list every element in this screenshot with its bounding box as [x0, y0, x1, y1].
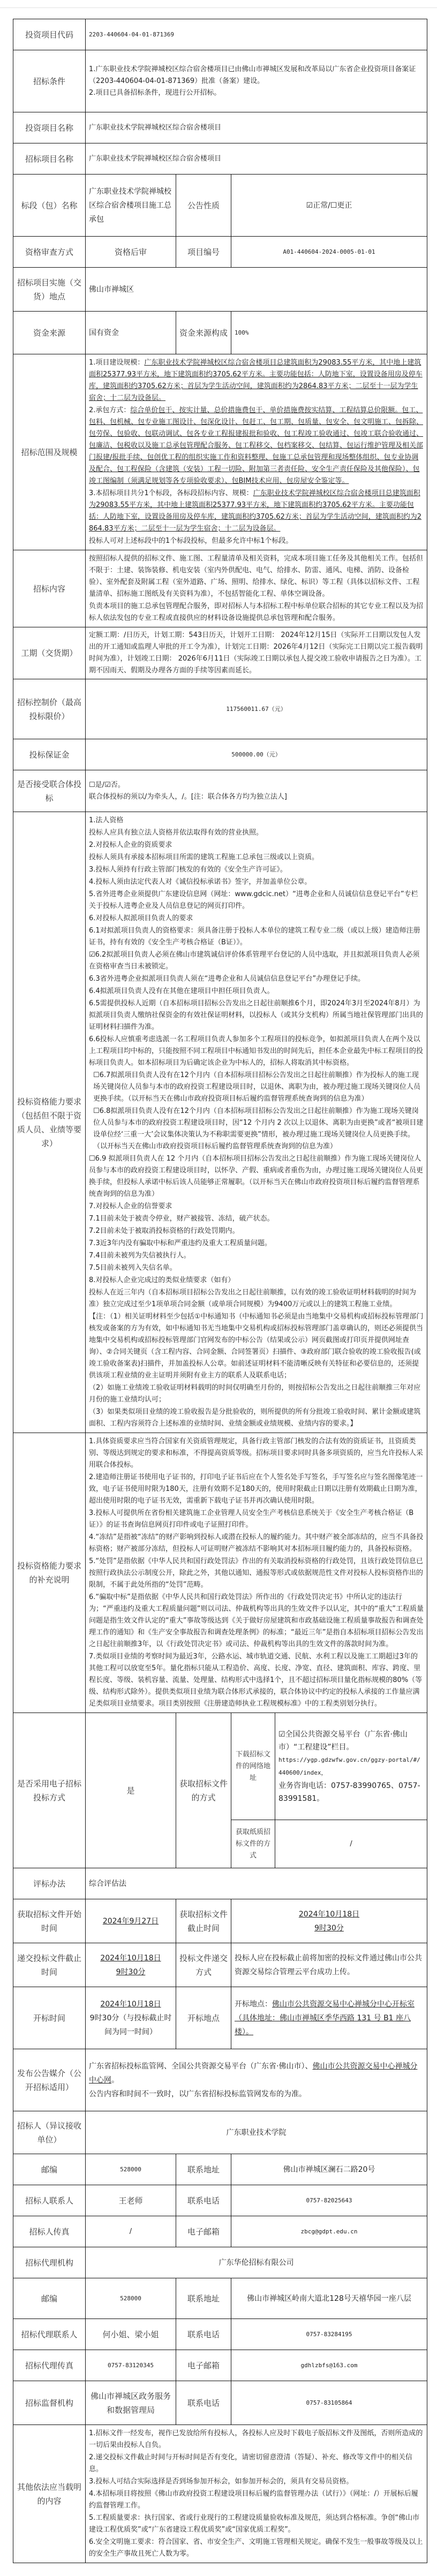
- label-funding-composition: 资金来源构成: [176, 312, 231, 354]
- value-supervisor-phone: 0757-83105864: [231, 2381, 427, 2425]
- row-media: 发布公告媒介（公开招标适用） 广东省招标投标监管网、全国公共资源交易平台（广东省…: [13, 2049, 427, 2111]
- supplement-line: 1.具体资质要求应当符合国家有关资质管理规定，具备行政主管部门核发的合法有效的资…: [89, 1436, 424, 1471]
- label-agency-fax: 招标代理传真: [13, 2350, 86, 2381]
- row-other: 其他依法应当载明的内容 1.招标文件一经发布，视作已发放给所有投标人，各投标人应…: [13, 2425, 427, 2563]
- value-agency-fax: 0757-83120345: [86, 2350, 176, 2381]
- label-submit-method: 投标文件递交方式: [176, 1943, 231, 1987]
- label-tenderer-contact: 招标人联系人: [13, 2185, 86, 2216]
- supplement-line: 7.类似项目业绩的考察时间为最近3年，公路水运、城市轨道交通、民航、水利工程以及…: [89, 1651, 424, 1710]
- row-investment-name: 投资项目名称 广东职业技术学院禅城校区综合宿舍楼项目: [13, 112, 427, 143]
- requirement-line: 【注：（1）相关证明材料至少包括①中标通知书（中标通知书必须是由当地集中交易机构…: [89, 1311, 424, 1382]
- row-supervisor: 招标监督机构 佛山市禅城区政务服务和数据管理局 联系电话 0757-831058…: [13, 2381, 427, 2425]
- value-investment-name: 广东职业技术学院禅城校区综合宿舍楼项目: [86, 112, 427, 143]
- value-agency-contact: 何小姐、梁小姐: [86, 2319, 176, 2350]
- requirement-line: 7.3近3年内没有骗取中标和严重违约及重大工程质量问题。: [89, 1238, 424, 1249]
- consortium-yes-text: 是: [95, 781, 102, 789]
- supplement-line: 4.“冻结”是指被“冻结”的财产影响到投标人或潜在投标人的履约能力。其中财产被全…: [89, 1532, 424, 1555]
- label-media: 发布公告媒介（公开招标适用）: [13, 2049, 86, 2111]
- label-agency-contact: 招标代理联系人: [13, 2319, 86, 2350]
- row-evaluation: 评标办法 综合评估法: [13, 1868, 427, 1899]
- row-section: 标段（包）名称 广东职业技术学院禅城校区综合宿舍楼项目施工总承包 公告性质 ☑正…: [13, 175, 427, 237]
- row-conditions: 招标条件 1.广东职业技术学院禅城校区综合宿舍楼项目已由佛山市禅城区发展和改革局…: [13, 50, 427, 112]
- value-submit-deadline: 2024年10月18日 9时30分: [86, 1943, 176, 1987]
- obtain-end-time: 9时30分: [235, 1921, 424, 1935]
- label-investment-name: 投资项目名称: [13, 112, 86, 143]
- row-agency-fax: 招标代理传真 0757-83120345 电子邮箱 gdhlzbfs@163.c…: [13, 2350, 427, 2381]
- label-scope: 招标范围及规模: [13, 354, 86, 550]
- row-requirements: 投标资格能力要求（包括但不限于资质人员、业绩等要求） 1.法人资格投标人应具有独…: [13, 812, 427, 1433]
- obtain-end-date: 2024年10月18日: [235, 1907, 424, 1921]
- label-opening-place: 开标地点: [176, 1987, 231, 2049]
- value-supplement: 1.具体资质要求应当符合国家有关资质管理规定，具备行政主管部门核发的合法有效的资…: [86, 1433, 427, 1713]
- label-bid-bond: 投标保证金: [13, 739, 86, 770]
- row-agency-contact: 招标代理联系人 何小姐、梁小姐 联系电话 0757-83284195: [13, 2319, 427, 2350]
- requirement-line: 6.3省外进粤企业拟派项目负责人须在“进粤企业和人员诚信信息登记平台”办理登记手…: [89, 973, 424, 985]
- value-media: 广东省招标投标监管网、全国公共资源交易平台（广东省·佛山市）、佛山市公共资源交易…: [86, 2049, 427, 2111]
- scope-item-prefix: 3.本招标项目共分1个标段，各标段招标内容、规模：: [89, 489, 253, 497]
- row-opening: 开标时间 2024年10月18日 9时30分（与投标截止时间为同一时间） 开标地…: [13, 1987, 427, 2049]
- requirement-line: 6.对投标人拟派项目负责人的要求: [89, 913, 424, 925]
- value-opening-place: 开标地点：佛山市公共资源交易中心禅城分中心开标室（具体地址：佛山市禅城区季华西路…: [231, 1987, 427, 2049]
- label-electronic: 是否采用电子招标投标方式: [13, 1713, 86, 1868]
- consortium-no-text: 否。: [111, 781, 125, 789]
- label-obtain-end: 获取招标文件截止时间: [176, 1899, 231, 1943]
- row-content: 招标内容 按照招标人提供的招标文件、施工图、工程量清单及相关资料，完成本项目施工…: [13, 550, 427, 627]
- consortium-choice: ☐是/☑否。: [89, 779, 424, 791]
- value-paper-method: /: [275, 1820, 427, 1868]
- value-tenderer-address: 佛山市禅城区澜石二路20号: [231, 2154, 427, 2185]
- submit-time: 9时30分: [89, 1965, 172, 1979]
- label-project-code: 投资项目代码: [13, 19, 86, 50]
- value-tenderer-phone: 0757-82025643: [231, 2185, 427, 2216]
- value-location: 佛山市禅城区: [86, 268, 427, 312]
- requirement-line: （3）如果类似项目业绩的竣工验收报告是分批验收的，则所提供的所有分批竣工验收时间…: [89, 1406, 424, 1430]
- value-tenderer-contact: 王老师: [86, 2185, 176, 2216]
- row-project-code: 投资项目代码 2203-440604-04-01-871369: [13, 19, 427, 50]
- row-obtain-time: 获取招标文件开始时间 2024年9月27日 获取招标文件截止时间 2024年10…: [13, 1899, 427, 1943]
- label-tenderer-fax: 招标人传真: [13, 2216, 86, 2247]
- label-agency-email: 电子邮箱: [176, 2350, 231, 2381]
- label-agency-zip: 邮编: [13, 2278, 86, 2319]
- requirement-line: 投标人须具有承接本招标项目所需的建筑工程施工总承包三级或以上资质。: [89, 852, 424, 863]
- other-line: 3.投标人可结合实际选择是否到场参加开标会，如参加开标会的，须具有交易员资格。: [89, 2476, 424, 2488]
- value-obtain-end: 2024年10月18日 9时30分: [231, 1899, 427, 1943]
- value-other: 1.招标文件一经发布，视作已发放给所有投标人，各投标人应及时下载电子版招标文件及…: [86, 2425, 427, 2563]
- label-project-number: 项目编号: [176, 237, 231, 268]
- row-tenderer-contact: 招标人联系人 王老师 联系电话 0757-82025643: [13, 2185, 427, 2216]
- value-duration: 定额工期：/日历天，计划工期：543日历天，计划开工日期： 2024年12月15…: [86, 627, 427, 679]
- label-submit-deadline: 递交投标文件截止时间: [13, 1943, 86, 1987]
- requirement-line: 7.1目前未处于被责令停业，财产被接管、冻结，破产状态。: [89, 1213, 424, 1225]
- scope-item: 3.本招标项目共分1个标段，各标段招标内容、规模：广东职业技术学院禅城校区综合宿…: [89, 488, 424, 535]
- value-submit-method: 投标人应在投标截止前将加密的投标文件通过佛山市公共资源交易综合管理云平台成功上传…: [231, 1943, 427, 1987]
- value-tenderer: 广东职业技术学院: [86, 2111, 427, 2154]
- scope-item-prefix: 2.承包方式：: [89, 406, 130, 414]
- scope-footer: 投标人可对上述标段中的1个标段投标，但最多允许中标1个标段。: [89, 535, 424, 547]
- value-consortium: ☐是/☑否。 联合体投标的须以/为牵头人，/。[注：联合体各方均为独立法人]: [86, 770, 427, 812]
- label-opening-time: 开标时间: [13, 1987, 86, 2049]
- row-consortium: 是否接受联合体投标 ☐是/☑否。 联合体投标的须以/为牵头人，/。[注：联合体各…: [13, 770, 427, 812]
- label-agency: 招标代理机构: [13, 2247, 86, 2278]
- other-line: 1.招标文件一经发布，视作已发放给所有投标人，各投标人应及时下载电子版招标文件及…: [89, 2428, 424, 2451]
- value-funding-composition: 100%: [231, 312, 427, 354]
- checkbox-correction: ☐: [330, 201, 337, 210]
- label-qualification: 资格审查方式: [13, 237, 86, 268]
- label-obtain-method: 获取招标文件的方式: [176, 1713, 231, 1868]
- value-control-price: 117560011.67（元）: [86, 679, 427, 739]
- row-agency: 招标代理机构 广东华伦招标有限公司: [13, 2247, 427, 2278]
- requirement-line: （2）如施工业绩竣工验收证明材料载明的时间仅明确至月份的，则按招标公告发出之日起…: [89, 1382, 424, 1406]
- row-electronic: 是否采用电子招标投标方式 是 获取招标文件的方式 下载招标文件的网络地址 ☑全国…: [13, 1713, 427, 1820]
- value-agency: 广东华伦招标有限公司: [86, 2247, 427, 2278]
- requirement-line: 8.对投标人企业完成过的类似业绩要求（如有）: [89, 1275, 424, 1286]
- checkbox-no: ☑: [104, 781, 111, 789]
- requirement-line: 7.2目前未处于被取消投标资格的行政处罚期内。: [89, 1225, 424, 1237]
- label-conditions: 招标条件: [13, 50, 86, 112]
- label-tenderer-address: 联系地址: [176, 2154, 231, 2185]
- opening-place-prefix: 开标地点：: [235, 2000, 272, 2009]
- value-project-code: 2203-440604-04-01-871369: [86, 19, 427, 50]
- value-evaluation: 综合评估法: [86, 1868, 427, 1899]
- row-scope: 招标范围及规模 1.项目建设规模：广东职业技术学院禅城校区综合宿舍楼项目总建筑面…: [13, 354, 427, 550]
- other-line: 2.递交投标文件截止时间与开标时间是否有变化，请密切留意澄清（答疑）、补充、修改…: [89, 2452, 424, 2475]
- nature-normal-text: 正常: [313, 201, 328, 210]
- scope-item-text: 综合单价包干、按实计量、总价措施费包干、单价措施费按实结算、工程结算总价限额。包…: [89, 406, 423, 485]
- value-bid-bond: 500000.00（元）: [86, 739, 427, 770]
- row-funding: 资金来源 国有资金 资金来源构成 100%: [13, 312, 427, 354]
- value-obtain-start: 2024年9月27日: [86, 1899, 176, 1943]
- supplement-line: 6.“骗取中标”是指依据《中华人民共和国行政处罚法》所作出的《行政处罚决定书》中…: [89, 1592, 424, 1650]
- requirement-line: 7.5目前未被列入失信名单。: [89, 1262, 424, 1274]
- row-location: 招标项目实施（交货）地点 佛山市禅城区: [13, 268, 427, 312]
- label-content: 招标内容: [13, 550, 86, 627]
- other-line: 6.安全文明施工要求：符合国家、省、市安全生产、文明施工管理相关规定。确保不发生…: [89, 2536, 424, 2560]
- condition-line: 1.广东职业技术学院禅城校区综合宿舍楼项目已由佛山市禅城区发展和改革局以广东省企…: [89, 64, 424, 87]
- label-supervisor: 招标监督机构: [13, 2381, 86, 2425]
- requirement-line: 6.6投标人应慎重考虑选派一名工程项目负责人参加多个工程项目的投标竞争，如拟派项…: [89, 1034, 424, 1069]
- label-control-price: 招标控制价（最高投标限价）: [13, 679, 86, 739]
- requirement-line: 1.法人资格: [89, 815, 424, 827]
- requirement-line: 6.4拟派项目负责人没有在其他在建项目中担任项目负责人。: [89, 986, 424, 997]
- opening-time: 9时30分（与投标截止时间为同一时间）: [89, 2011, 172, 2039]
- scope-item: 1.项目建设规模：广东职业技术学院禅城校区综合宿舍楼项目总建筑面积为29083.…: [89, 357, 424, 404]
- row-tenderer-zip: 邮编 528000 联系地址 佛山市禅城区澜石二路20号: [13, 2154, 427, 2185]
- label-tenderer-phone: 联系电话: [176, 2185, 231, 2216]
- requirement-line: 投标人在近三年内（自本招标项目招标公告发出之日起往前顺推，以有效的竣工验收证明材…: [89, 1287, 424, 1310]
- requirement-line: ☐6.8拟派项目负责人没有在12个月内（自本招标项目招标公告发出之日起往前顺推）…: [89, 1105, 424, 1153]
- value-agency-email: gdhlzbfs@163.com: [231, 2350, 427, 2381]
- media-note: 公告内容和时间不一致时，以广东省招标投标监管网发布的为准。: [89, 2087, 424, 2101]
- value-project-number: A01-440604-2024-0005-01-01: [231, 237, 427, 268]
- value-notice-nature: ☑正常/☐更正: [231, 175, 427, 237]
- value-scope: 1.项目建设规模：广东职业技术学院禅城校区综合宿舍楼项目总建筑面积为29083.…: [86, 354, 427, 550]
- requirement-line: 3.投标人须持有行政主管部门核发的有效的《安全生产许可证》。: [89, 864, 424, 876]
- other-line: 4.本招标项目将按照《佛山市政府投资工程建设项目标后履约监督管理办法（试行）》（…: [89, 2488, 424, 2512]
- value-tenderer-email: zbcg@gdpt.edu.cn: [231, 2216, 427, 2247]
- value-section: 广东职业技术学院禅城校区综合宿舍楼项目施工总承包: [86, 175, 176, 237]
- label-consortium: 是否接受联合体投标: [13, 770, 86, 812]
- requirement-line: 4.投标人须由法定代表人对《诚信投标承诺书》签字，并加盖单位公章。: [89, 876, 424, 888]
- condition-line: 2.项目已具备招标条件，现进行公开招标。: [89, 87, 424, 99]
- label-notice-nature: 公告性质: [176, 175, 231, 237]
- value-requirements: 1.法人资格投标人应具有独立法人资格并依法取得有效的营业执照。2.对投标人企业的…: [86, 812, 427, 1433]
- label-other: 其他依法应当载明的内容: [13, 2425, 86, 2563]
- checkbox-yes: ☐: [89, 781, 95, 789]
- content-line: 负责本项目的施工总承包管理配合服务，即对招标人与本招标工程中标单位联合招标的其它…: [89, 601, 424, 624]
- top-divider: [0, 0, 437, 8]
- value-electronic: 是: [86, 1713, 176, 1868]
- label-tenderer-email: 电子邮箱: [176, 2216, 231, 2247]
- media-line: 广东省招标投标监管网、全国公共资源交易平台（广东省·佛山市）、佛山市公共资源交易…: [89, 2059, 424, 2087]
- requirement-line: 2.对投标人企业的资质要求: [89, 839, 424, 851]
- requirement-line: 7.4目前未被列为失信被执行人。: [89, 1250, 424, 1262]
- value-download-address: ☑全国公共资源交易平台（广东省·佛山市）“工程建设”栏目。 https://yg…: [275, 1713, 427, 1820]
- label-agency-phone: 联系电话: [176, 2319, 231, 2350]
- label-download-address: 下载招标文件的网络地址: [231, 1713, 275, 1820]
- media-platforms: 广东省招标投标监管网、全国公共资源交易平台（广东省·佛山市）、: [89, 2062, 312, 2071]
- content-line: 按照招标人提供的招标文件、施工图、工程量清单及相关资料，完成本项目施工任务及其他…: [89, 553, 424, 600]
- tender-notice-table: 投资项目代码 2203-440604-04-01-871369 招标条件 1.广…: [13, 19, 427, 2563]
- scope-item-prefix: 1.项目建设规模：: [89, 359, 144, 367]
- requirement-line: 投标人应具有独立法人资格并依法取得有效的营业执照。: [89, 827, 424, 839]
- checkbox-normal: ☑: [306, 201, 313, 210]
- label-agency-address: 联系地址: [176, 2278, 231, 2319]
- label-obtain-start: 获取招标文件开始时间: [13, 1899, 86, 1943]
- label-funding: 资金来源: [13, 312, 86, 354]
- submit-date: 2024年10月18日: [89, 1951, 172, 1965]
- other-line: 5.工程质量要求：执行国家、省或行业现行的工程建设质量验收标准及规范，须达到合格…: [89, 2512, 424, 2536]
- value-opening-time: 2024年10月18日 9时30分（与投标截止时间为同一时间）: [86, 1987, 176, 2049]
- label-requirements: 投标资格能力要求（包括但不限于资质人员、业绩等要求）: [13, 812, 86, 1433]
- row-duration: 工期（交货期） 定额工期：/日历天，计划工期：543日历天，计划开工日期： 20…: [13, 627, 427, 679]
- label-evaluation: 评标办法: [13, 1868, 86, 1899]
- label-supervisor-phone: 联系电话: [176, 2381, 231, 2425]
- download-url-link[interactable]: https://ygp.gdzwfw.gov.cn/ggzy-portal/#/…: [278, 1754, 424, 1779]
- row-bid-bond: 投标保证金 500000.00（元）: [13, 739, 427, 770]
- value-supervisor: 佛山市禅城区政务服务和数据管理局: [86, 2381, 176, 2425]
- value-conditions: 1.广东职业技术学院禅城校区综合宿舍楼项目已由佛山市禅城区发展和改革局以广东省企…: [86, 50, 427, 112]
- row-qualification: 资格审查方式 资格后审 项目编号 A01-440604-2024-0005-01…: [13, 237, 427, 268]
- scope-item: 2.承包方式：综合单价包干、按实计量、总价措施费包干、单价措施费按实结算、工程结…: [89, 405, 424, 487]
- row-submit-time: 递交投标文件截止时间 2024年10月18日 9时30分 投标文件递交方式 投标…: [13, 1943, 427, 1987]
- row-supplement: 投标资格能力要求的补充说明 1.具体资质要求应当符合国家有关资质管理规定，具备行…: [13, 1433, 427, 1713]
- requirement-line: 6.5需提供投标人近期（自本招标项目招标公告发出之日起往前顺推6个月，即2024…: [89, 998, 424, 1033]
- requirement-line: 5.省外进粤企业须提供广东建设信息网（网址：www.gdcic.net）“进粤企…: [89, 889, 424, 912]
- media-line-end: 。: [111, 2076, 119, 2085]
- requirement-line: 6.1对拟派项目负责人的资格要求：须具备注册于投标人本单位的建筑工程专业二级（或…: [89, 925, 424, 949]
- requirement-line: ☐6.9 拟派项目负责人在 12 个月内（自本招标项目招标公告发出之日起往前顺推…: [89, 1153, 424, 1200]
- requirement-line: ☑6.2拟派项目负责人必须在佛山市建筑诚信评价体系管理平台登记的人员中选取，并且…: [89, 949, 424, 973]
- value-tender-name: 广东职业技术学院禅城校区综合宿舍楼项目: [86, 143, 427, 175]
- label-location: 招标项目实施（交货）地点: [13, 268, 86, 312]
- download-platform: ☑全国公共资源交易平台（广东省·佛山市）“工程建设”栏目。: [278, 1728, 424, 1754]
- download-phone: 业务咨询电话：0757-83990765、0757-83991581。: [278, 1779, 424, 1805]
- row-tenderer-fax: 招标人传真 / 电子邮箱 zbcg@gdpt.edu.cn: [13, 2216, 427, 2247]
- label-paper-method: 获取纸质招标文件的方式: [231, 1820, 275, 1868]
- value-agency-zip: 528000: [86, 2278, 176, 2319]
- label-duration: 工期（交货期）: [13, 627, 86, 679]
- value-agency-address: 佛山市禅城区岭南大道北128号天禧华园一座八层: [231, 2278, 427, 2319]
- label-supplement: 投标资格能力要求的补充说明: [13, 1433, 86, 1713]
- notice-container: 投资项目代码 2203-440604-04-01-871369 招标条件 1.广…: [0, 8, 437, 2576]
- row-agency-zip: 邮编 528000 联系地址 佛山市禅城区岭南大道北128号天禧华园一座八层: [13, 2278, 427, 2319]
- supplement-line: 5.“处罚”是指依据《中华人民共和国行政处罚法》作出的有关取消投标资格的行政处罚…: [89, 1556, 424, 1591]
- supplement-line: 3.投标人可提供所在省份相关建筑施工企业管理人员安全生产考核信息系统关于《安全生…: [89, 1507, 424, 1531]
- value-content: 按照招标人提供的招标文件、施工图、工程量清单及相关资料，完成本项目施工任务及其他…: [86, 550, 427, 627]
- row-tender-name: 招标项目名称 广东职业技术学院禅城校区综合宿舍楼项目: [13, 143, 427, 175]
- label-section: 标段（包）名称: [13, 175, 86, 237]
- value-tenderer-fax: /: [86, 2216, 176, 2247]
- nature-correction-text: 更正: [337, 201, 352, 210]
- requirement-line: ☐6.7拟派项目负责人没有在12个月内（自本招标项目招标公告发出之日起往前顺推）…: [89, 1070, 424, 1105]
- value-tenderer-zip: 528000: [86, 2154, 176, 2185]
- label-tenderer-zip: 邮编: [13, 2154, 86, 2185]
- label-tender-name: 招标项目名称: [13, 143, 86, 175]
- label-tenderer: 招标人（异议接收单位）: [13, 2111, 86, 2154]
- supplement-line: 2.建造师注册证书使用电子证书的，打印电子证书后应在个人签名处手写签名，手写签名…: [89, 1472, 424, 1507]
- value-agency-phone: 0757-83284195: [231, 2319, 427, 2350]
- requirement-line: 7.对投标人企业的信誉要求: [89, 1201, 424, 1213]
- row-control-price: 招标控制价（最高投标限价） 117560011.67（元）: [13, 679, 427, 739]
- value-funding: 国有资金: [86, 312, 176, 354]
- consortium-note: 联合体投标的须以/为牵头人，/。[注：联合体各方均为独立法人]: [89, 791, 424, 803]
- row-tenderer: 招标人（异议接收单位） 广东职业技术学院: [13, 2111, 427, 2154]
- value-qualification: 资格后审: [86, 237, 176, 268]
- opening-date: 2024年10月18日: [89, 1997, 172, 2011]
